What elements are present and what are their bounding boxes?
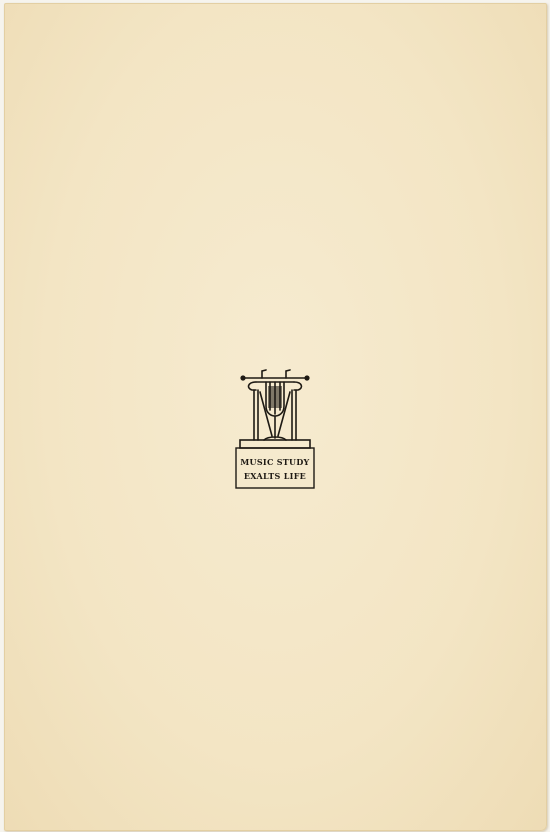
motto-line-1: MUSIC STUDY: [240, 455, 309, 469]
motto-plaque: MUSIC STUDY EXALTS LIFE: [236, 450, 314, 488]
document-page: MUSIC STUDY EXALTS LIFE: [4, 3, 547, 831]
motto-line-2: EXALTS LIFE: [244, 469, 306, 483]
music-emblem: MUSIC STUDY EXALTS LIFE: [234, 368, 316, 490]
